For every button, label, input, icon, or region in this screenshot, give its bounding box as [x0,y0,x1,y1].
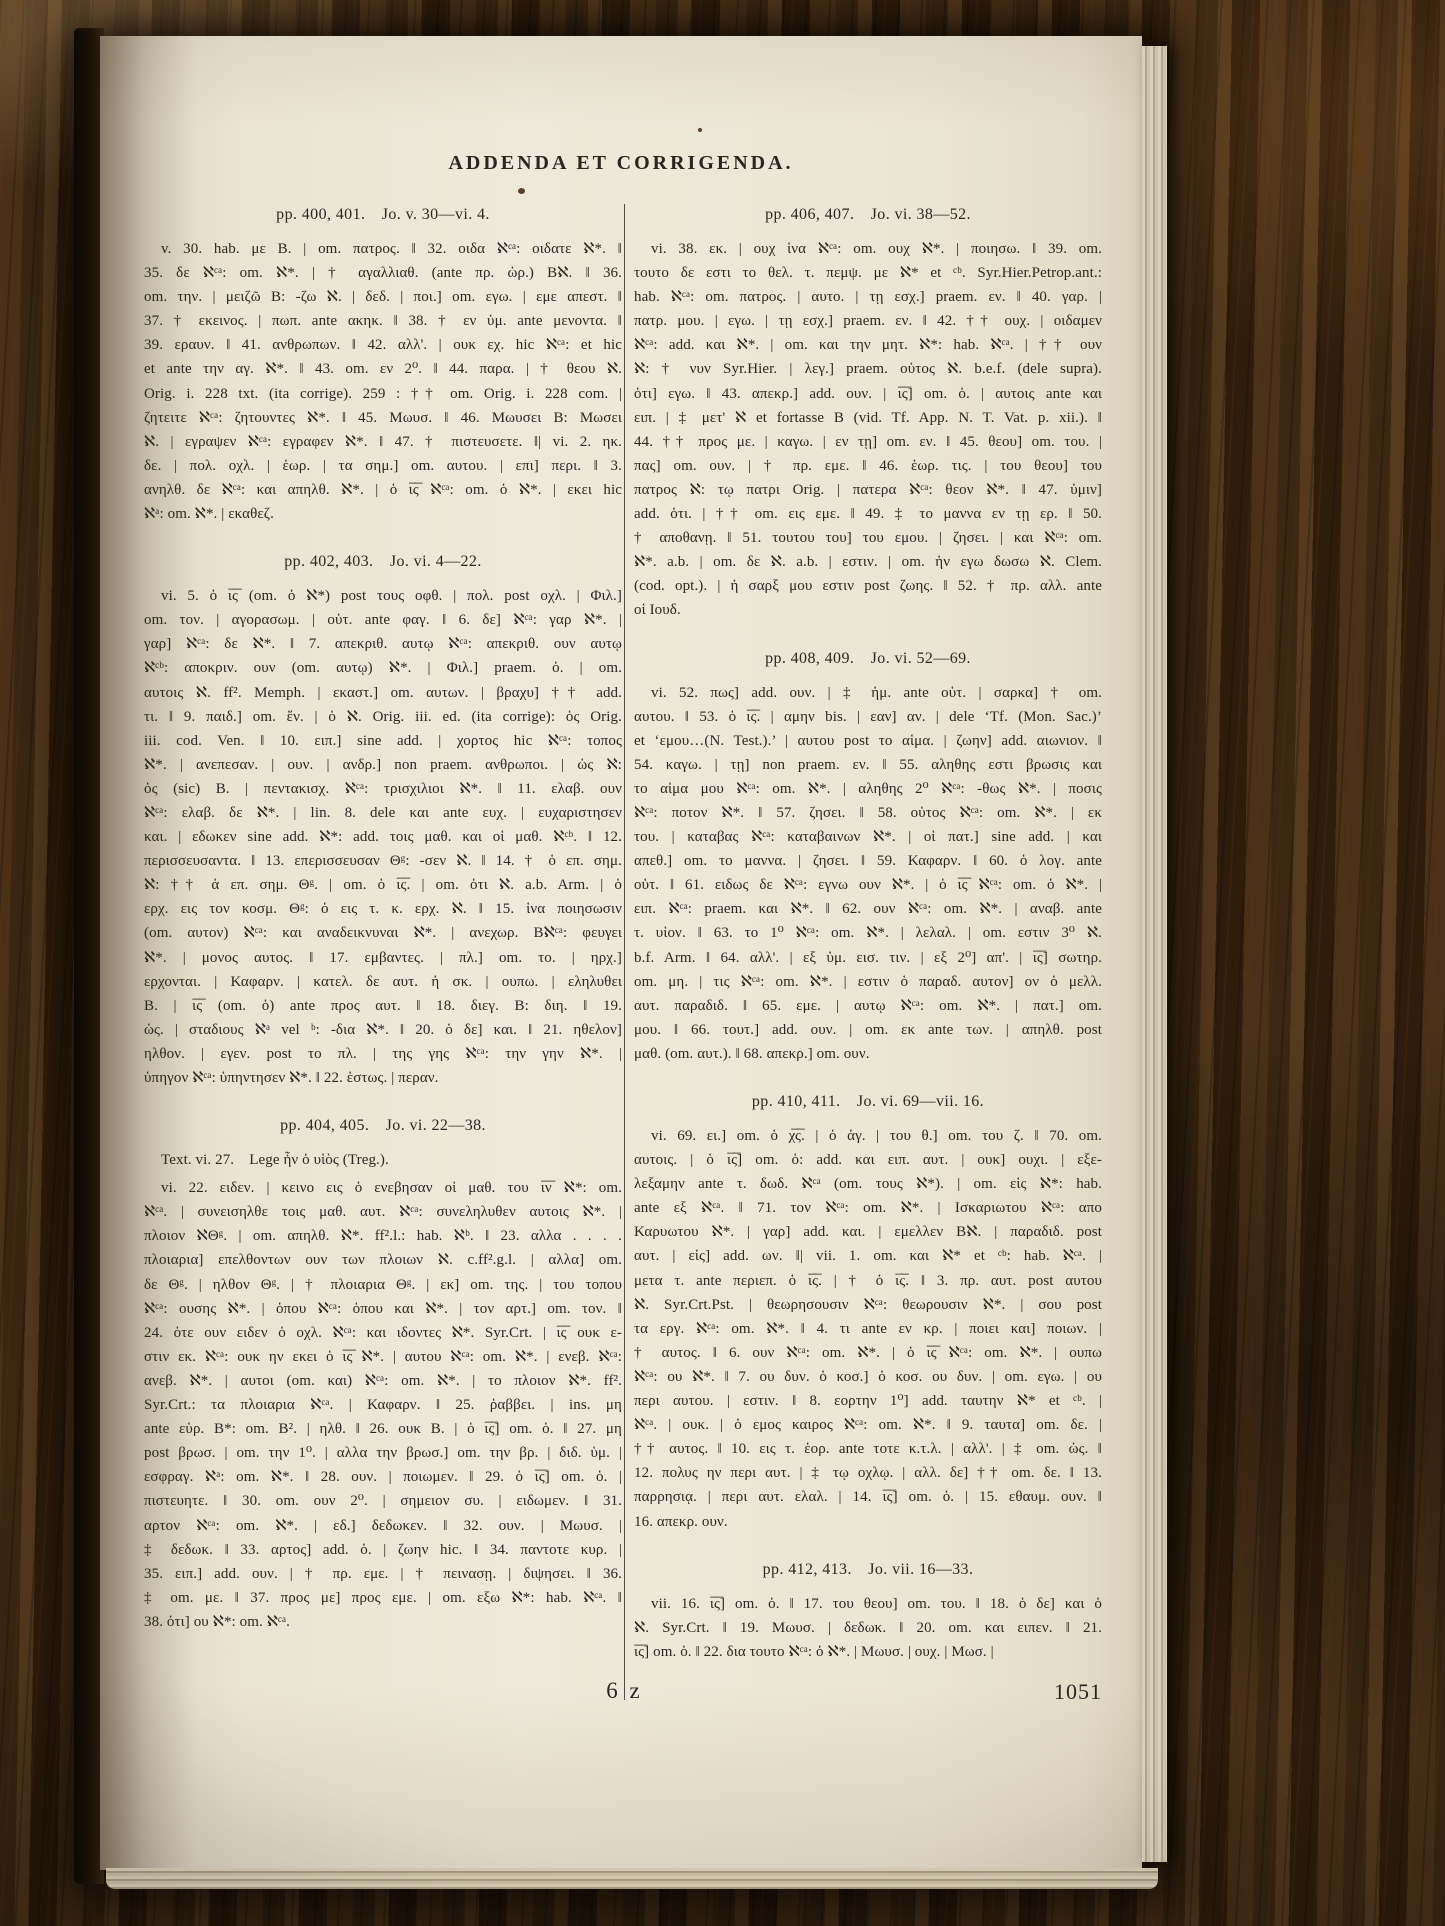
section-heading: pp. 408, 409. Jo. vi. 52—69. [634,650,1102,668]
apparatus-line: τουτο δε εστι το θελ. τ. πεμψ. με ℵ* et … [634,261,1102,285]
ink-speck [518,188,525,194]
apparatus-section: pp. 408, 409. Jo. vi. 52—69.vi. 52. πως]… [634,650,1102,1067]
ink-speck [698,128,702,132]
apparatus-line: ante εξ ℵᶜᵃ. ‖ 71. τον ℵᶜᵃ: om. ℵ*. | Ισ… [634,1196,1102,1220]
apparatus-line: πλοιον ℵΘᵍ. | om. απηλθ. ℵ*. ff².l.: hab… [144,1224,622,1248]
apparatus-line: Syr.Crt.: τα πλοιαρια ℵᶜᵃ. | Καφαρν. ‖ 2… [144,1393,622,1417]
apparatus-line: πατρος ℵ: τῳ πατρι Orig. | πατερα ℵᶜᵃ: θ… [634,478,1102,502]
apparatus-line: πλοιαρια] επελθοντων ουν των πλοιων ℵ. c… [144,1248,622,1272]
section-heading: pp. 400, 401. Jo. v. 30—vi. 4. [144,206,622,224]
apparatus-line: ‡ om. με. ‖ 37. προς με] προς εμε. | om.… [144,1586,622,1610]
photo-of-book-page: ADDENDA ET CORRIGENDA. pp. 400, 401. Jo.… [0,0,1445,1926]
apparatus-line: οἱ Ιουδ. [634,598,1102,622]
section-heading: pp. 412, 413. Jo. vii. 16—33. [634,1561,1102,1579]
section-heading: pp. 402, 403. Jo. vi. 4—22. [144,553,622,571]
page-edge-stack-right [1142,46,1167,1862]
apparatus-line: δε. | πολ. οχλ. | ἑωρ. | τα σημ.] om. αυ… [144,454,622,478]
apparatus-line: ℵᶜᵇ: αποκριν. ουν (om. αυτῳ) ℵ*. | Φιλ.]… [144,656,622,680]
apparatus-line: om. μη. | τις ℵᶜᵃ: om. ℵ*. | εστιν ὁ παρ… [634,970,1102,994]
apparatus-line: αυτοις ℵ. ff². Memph. | εκαστ.] om. αυτω… [144,681,622,705]
apparatus-line: και. | εδωκεν sine add. ℵ*: add. τοις μα… [144,825,622,849]
apparatus-line: 38. ὁτι] ου ℵ*: om. ℵᶜᵃ. [144,1610,622,1634]
apparatus-line: αυτ. | εἱς] add. ων. ‖| vii. 1. om. και … [634,1244,1102,1268]
apparatus-line: ηλθον. | εγεν. post το πλ. | της γης ℵᶜᵃ… [144,1042,622,1066]
apparatus-line: ερχ. εις τον κοσμ. Θᵍ: ὁ εις τ. κ. ερχ. … [144,897,622,921]
page-footer: 6 z 1051 [144,1678,1102,1712]
apparatus-line: ante εὑρ. B*: om. B². | ηλθ. ‖ 26. ουκ B… [144,1417,622,1441]
apparatus-line: et ‘εμου…(N. Test.).’ | αυτου post το αἱ… [634,729,1102,753]
apparatus-section: pp. 402, 403. Jo. vi. 4—22.vi. 5. ὁ ι̅ς̅… [144,553,622,1090]
apparatus-line: εσφραγ. ℵᵃ: om. ℵ*. ‖ 28. ουν. | ποιωμεν… [144,1465,622,1489]
page-title: ADDENDA ET CORRIGENDA. [100,152,1142,175]
apparatus-line: † αυτος. ‖ 6. ουν ℵᶜᵃ: om. ℵ*. | ὁ ι̅ς̅ … [634,1341,1102,1365]
apparatus-line: ℵᶜᵃ: ελαβ. δε ℵ*. | lin. 8. dele και ant… [144,801,622,825]
apparatus-line: λεξαμην ante τ. δωδ. ℵᶜᵃ (om. τους ℵ*). … [634,1172,1102,1196]
apparatus-line: vi. 22. ειδεν. | κεινο εις ὁ ενεβησαν οἱ… [144,1176,622,1200]
apparatus-line: ανηλθ. δε ℵᶜᵃ: και απηλθ. ℵ*. | ὁ ι̅ς̅ ℵ… [144,478,622,502]
apparatus-line: vi. 52. πως] add. ουν. | ‡ ἡμ. ante οὑτ.… [634,681,1102,705]
apparatus-line: ὁτι] εγω. ‖ 43. απεκρ.] add. ουν. | ι̅ς̅… [634,382,1102,406]
apparatus-line: αρτον ℵᶜᵃ: om. ℵ*. | εδ.] δεδωκεν. ‖ 32.… [144,1514,622,1538]
section-heading: pp. 410, 411. Jo. vi. 69—vii. 16. [634,1093,1102,1111]
apparatus-line: ερχονται. | Καφαρν. | κατελ. δε αυτ. ἡ σ… [144,970,622,994]
apparatus-line: πας] om. ουν. | † πρ. εμε. ‖ 46. ἑωρ. τι… [634,454,1102,478]
apparatus-line: add. ὁτι. | †† om. εις εμε. ‖ 49. ‡ το μ… [634,502,1102,526]
apparatus-line: δε Θᵍ. | ηλθον Θᵍ. | † πλοιαρια Θᵍ. | εκ… [144,1273,622,1297]
apparatus-line: 39. εραυν. ‖ 41. ανθρωπων. ‖ 42. αλλ'. |… [144,333,622,357]
apparatus-line: ι̅ς̅] om. ὁ. ‖ 22. δια τουτο ℵᶜᵃ: ὁ ℵ*. … [634,1640,1102,1664]
apparatus-line: οὑτ. ‖ 61. ειδως δε ℵᶜᵃ: εγνω ουν ℵ*. | … [634,873,1102,897]
apparatus-line: iii. cod. Ven. ‖ 10. ειπ.] sine add. | χ… [144,729,622,753]
apparatus-line: ‡ δεδωκ. ‖ 33. αρτος] add. ὁ. | ζωην hic… [144,1538,622,1562]
apparatus-line: ℵ: †† ἁ επ. σημ. Θᵍ. | om. ὁ ι̅ς̅. | om.… [144,873,622,897]
page-edge-stack-bottom [106,1868,1158,1889]
apparatus-line: 54. καγω. | τῃ] non praem. εν. ‖ 55. αλη… [634,753,1102,777]
section-heading: pp. 406, 407. Jo. vi. 38—52. [634,206,1102,224]
apparatus-line: περι αυτου. | εστιν. ‖ 8. εορτην 1⁰] add… [634,1389,1102,1413]
apparatus-line: μετα τ. ante περιεπ. ὁ ι̅ς̅. | † ὁ ι̅ς̅.… [634,1269,1102,1293]
apparatus-line: ζητειτε ℵᶜᵃ: ζητουντες ℵ*. ‖ 45. Μωυσ. ‖… [144,406,622,430]
apparatus-line: vi. 38. εκ. | ουχ ἱνα ℵᶜᵃ: om. ουχ ℵ*. |… [634,237,1102,261]
apparatus-line: Orig. i. 228 txt. (ita corrige). 259 : †… [144,382,622,406]
apparatus-line: 35. ειπ.] add. ουν. | † πρ. εμε. | † πει… [144,1562,622,1586]
apparatus-line: vi. 5. ὁ ι̅ς̅ (om. ὁ ℵ*) post τους οφθ. … [144,584,622,608]
apparatus-line: b.f. Arm. ‖ 64. αλλ'. | εξ ὑμ. εισ. τιν.… [634,946,1102,970]
apparatus-line: 35. δε ℵᶜᵃ: om. ℵ*. | † αγαλλιαθ. (ante … [144,261,622,285]
apparatus-line: ℵ*. | ανεπεσαν. | ουν. | ανδρ.] non prae… [144,753,622,777]
apparatus-section: pp. 412, 413. Jo. vii. 16—33.vii. 16. ι̅… [634,1561,1102,1664]
book-page: ADDENDA ET CORRIGENDA. pp. 400, 401. Jo.… [100,36,1142,1870]
apparatus-line: † αποθανῃ. ‖ 51. τουτου του] του εμου. |… [634,526,1102,550]
apparatus-line: ℵᵃ: om. ℵ*. | εκαθεζ. [144,502,622,526]
page-number: 1051 [1054,1679,1102,1705]
apparatus-line: μαθ. (om. αυτ.). ‖ 68. απεκρ.] om. ουν. [634,1042,1102,1066]
apparatus-line: ειπ. ℵᶜᵃ: praem. και ℵ*. ‖ 62. ουν ℵᶜᵃ: … [634,897,1102,921]
apparatus-line: ℵ*. | μονος αυτος. ‖ 17. εμβαντες. | πλ.… [144,946,622,970]
column-right: pp. 406, 407. Jo. vi. 38—52.vi. 38. εκ. … [634,206,1102,1664]
apparatus-line: ὁς (sic) B. | πεντακισχ. ℵᶜᵃ: τρισχιλιοι… [144,777,622,801]
apparatus-line: αυτοις. | ὁ ι̅ς̅] om. ὁ: add. και ειπ. α… [634,1148,1102,1172]
apparatus-line: et ante την αγ. ℵ*. ‖ 43. om. εν 2⁰. ‖ 4… [144,357,622,381]
apparatus-line: μου. ‖ 66. τουτ.] add. ουν. | om. εκ ant… [634,1018,1102,1042]
apparatus-line: vii. 16. ι̅ς̅] om. ὁ. ‖ 17. του θεου] om… [634,1592,1102,1616]
apparatus-line: 44. †† προς με. | καγω. | εν τῃ] om. εν.… [634,430,1102,454]
apparatus-section: pp. 404, 405. Jo. vi. 22—38.Text. vi. 27… [144,1117,622,1634]
column-left: pp. 400, 401. Jo. v. 30—vi. 4.v. 30. hab… [144,206,622,1634]
apparatus-line: το αἱμα μου ℵᶜᵃ: om. ℵ*. | αληθης 2⁰ ℵᶜᵃ… [634,777,1102,801]
apparatus-line: ℵᶜᵃ: ου ℵ*. ‖ 7. ου δυν. ὁ κοσ.] ὁ κοσ. … [634,1365,1102,1389]
apparatus-line: hab. ℵᶜᵃ: om. πατρος. | αυτο. | τῃ εσχ.]… [634,285,1102,309]
apparatus-line: ℵ. Syr.Crt. ‖ 19. Μωυσ. | δεδωκ. ‖ 20. o… [634,1616,1102,1640]
apparatus-line: ὑπηγον ℵᶜᵃ: ὑπηντησεν ℵ*. ‖ 22. ἑστως. |… [144,1066,622,1090]
apparatus-section: pp. 400, 401. Jo. v. 30—vi. 4.v. 30. hab… [144,206,622,526]
apparatus-section: pp. 406, 407. Jo. vi. 38—52.vi. 38. εκ. … [634,206,1102,623]
apparatus-line: ℵ. | εγραψεν ℵᶜᵃ: εγραφεν ℵ*. ‖ 47. † πι… [144,430,622,454]
apparatus-line: ℵᶜᵃ: ουσης ℵ*. | ὁπου ℵᶜᵃ: ὁπου και ℵ*. … [144,1297,622,1321]
apparatus-line: αυτου. ‖ 53. ὁ ι̅ς̅. | αμην bis. | εαν] … [634,705,1102,729]
apparatus-line: τι. ‖ 9. παιδ.] om. ἕν. | ὁ ℵ. Orig. iii… [144,705,622,729]
apparatus-line: v. 30. hab. με B. | om. πατρος. ‖ 32. οι… [144,237,622,261]
apparatus-line: ℵᶜᵃ: ποτον ℵ*. ‖ 57. ζησει. ‖ 58. οὑτος … [634,801,1102,825]
apparatus-line: 12. πολυς ην περι αυτ. | ‡ τῳ οχλῳ. | αλ… [634,1461,1102,1485]
apparatus-line: ℵᶜᵃ. | ουκ. | ὁ εμος καιρος ℵᶜᵃ: om. ℵ*.… [634,1413,1102,1437]
apparatus-line: ανεβ. ℵ*. | αυτοι (om. και) ℵᶜᵃ: om. ℵ*.… [144,1369,622,1393]
apparatus-line: περισσευσαντα. ‖ 13. επερισσευσαν Θᵍ: -σ… [144,849,622,873]
apparatus-line: πατρ. μου. | εγω. | τῃ εσχ.] praem. εν. … [634,309,1102,333]
apparatus-line: (cod. opt.). | ἡ σαρξ μου εστιν post ζωη… [634,574,1102,598]
apparatus-line: απεθ.] om. το μαννα. | ζησει. ‖ 59. Καφα… [634,849,1102,873]
apparatus-line: om. την. | μειζῶ B: -ζω ℵ. | δεδ. | ποι.… [144,285,622,309]
apparatus-line: (om. αυτον) ℵᶜᵃ: και αναδεικνυναι ℵ*. | … [144,921,622,945]
signature-mark: 6 z [144,1678,1102,1704]
apparatus-line: ℵᶜᵃ: add. και ℵ*. | om. και την μητ. ℵ*:… [634,333,1102,357]
apparatus-line: ℵ*. a.b. | om. δε ℵ. a.b. | εστιν. | om.… [634,550,1102,574]
apparatus-line: ℵ: † νυν Syr.Hier. | λεγ.] praem. οὑτος … [634,357,1102,381]
apparatus-line: πιστευητε. ‖ 30. om. ουν 2⁰. | σημειον σ… [144,1489,622,1513]
apparatus-line: vi. 69. ει.] om. ὁ χ̅ς̅. | ὁ ἁγ. | του θ… [634,1124,1102,1148]
apparatus-line: ℵ. Syr.Crt.Pst. | θεωρησουσιν ℵᶜᵃ: θεωρο… [634,1293,1102,1317]
column-divider [624,204,625,1700]
apparatus-line: Καρυωτου ℵ*. | γαρ] add. και. | εμελλεν … [634,1220,1102,1244]
apparatus-line: του. | καταβας ℵᶜᵃ: καταβαινων ℵ*. | οἱ … [634,825,1102,849]
apparatus-line: παρρησιᾳ. | περι αυτ. ελαλ. | 14. ι̅ς̅] … [634,1485,1102,1509]
apparatus-line: B. | ι̅ς̅ (om. ὁ) ante προς αυτ. ‖ 18. δ… [144,994,622,1018]
apparatus-line: τ. υἱον. ‖ 63. το 1⁰ ℵᶜᵃ: om. ℵ*. | λελα… [634,921,1102,945]
apparatus-section: pp. 410, 411. Jo. vi. 69—vii. 16.vi. 69.… [634,1093,1102,1534]
apparatus-line: αυτ. παραδιδ. ‖ 65. εμε. | αυτῳ ℵᶜᵃ: om.… [634,994,1102,1018]
apparatus-line: τα εργ. ℵᶜᵃ: om. ℵ*. ‖ 4. τι ante εν κρ.… [634,1317,1102,1341]
section-intro: Text. vi. 27. Lege ἦν ὁ υἱὸς (Treg.). [144,1148,622,1172]
apparatus-line: †† αυτος. ‖ 10. εις τ. ἑορ. ante τοτε κ.… [634,1437,1102,1461]
apparatus-line: 16. απεκρ. ουν. [634,1510,1102,1534]
apparatus-line: post βρωσ. | om. την 1⁰. | αλλα την βρωσ… [144,1441,622,1465]
apparatus-line: ℵᶜᵃ. | συνεισηλθε τοις μαθ. αυτ. ℵᶜᵃ: συ… [144,1200,622,1224]
apparatus-line: στιν εκ. ℵᶜᵃ: ουκ ην εκει ὁ ι̅ς̅ ℵ*. | α… [144,1345,622,1369]
apparatus-line: ειπ. | ‡ μετ' ℵ et fortasse B (vid. Tf. … [634,406,1102,430]
apparatus-line: om. τον. | αγορασωμ. | οὑτ. ante φαγ. ‖ … [144,608,622,632]
apparatus-line: γαρ] ℵᶜᵃ: δε ℵ*. ‖ 7. απεκριθ. αυτῳ ℵᶜᵃ:… [144,632,622,656]
apparatus-line: 24. ὁτε ουν ειδεν ὁ οχλ. ℵᶜᵃ: και ιδοντε… [144,1321,622,1345]
apparatus-line: 37. † εκεινος. | πωπ. ante ακηκ. ‖ 38. †… [144,309,622,333]
section-heading: pp. 404, 405. Jo. vi. 22—38. [144,1117,622,1135]
apparatus-line: ὡς. | σταδιους ℵᵃ vel ᵇ: -δια ℵ*. ‖ 20. … [144,1018,622,1042]
